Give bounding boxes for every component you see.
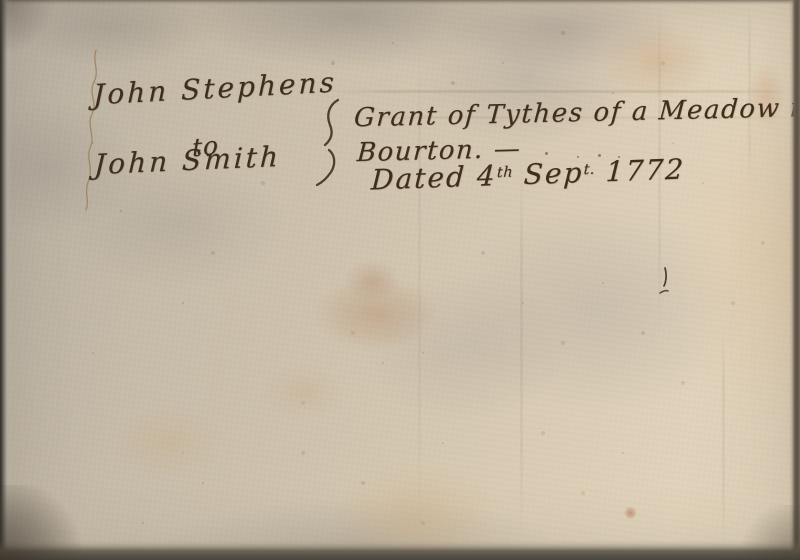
ink-dot <box>577 156 579 158</box>
date-prefix: Dated 4 <box>370 159 497 196</box>
scan-edge-bottom <box>0 540 800 560</box>
corner-shadow-bottom-right <box>730 505 800 560</box>
ink-dot <box>545 152 548 155</box>
scan-edge-top <box>0 0 800 5</box>
parchment-crack <box>78 48 108 213</box>
ink-dot <box>598 154 601 157</box>
fold-crease <box>722 330 725 548</box>
fold-crease <box>330 90 800 93</box>
book-binding-edge <box>0 0 12 560</box>
manuscript-brace-icon <box>312 98 348 190</box>
corner-shadow-top-left <box>0 0 60 50</box>
ink-dot <box>618 156 620 158</box>
date-day-superscript: th <box>496 164 513 182</box>
date-month-superscript: t. <box>583 161 595 178</box>
corner-shadow-bottom-left <box>0 485 95 560</box>
date-year: 1772 <box>594 152 686 188</box>
scanned-parchment-page: John Stephens to John Smith Grant of Tyt… <box>0 0 800 560</box>
fold-crease <box>520 160 523 545</box>
page-edge-right <box>788 0 800 560</box>
date-month: Sep <box>512 156 584 192</box>
stray-ink-mark-icon <box>656 266 672 302</box>
